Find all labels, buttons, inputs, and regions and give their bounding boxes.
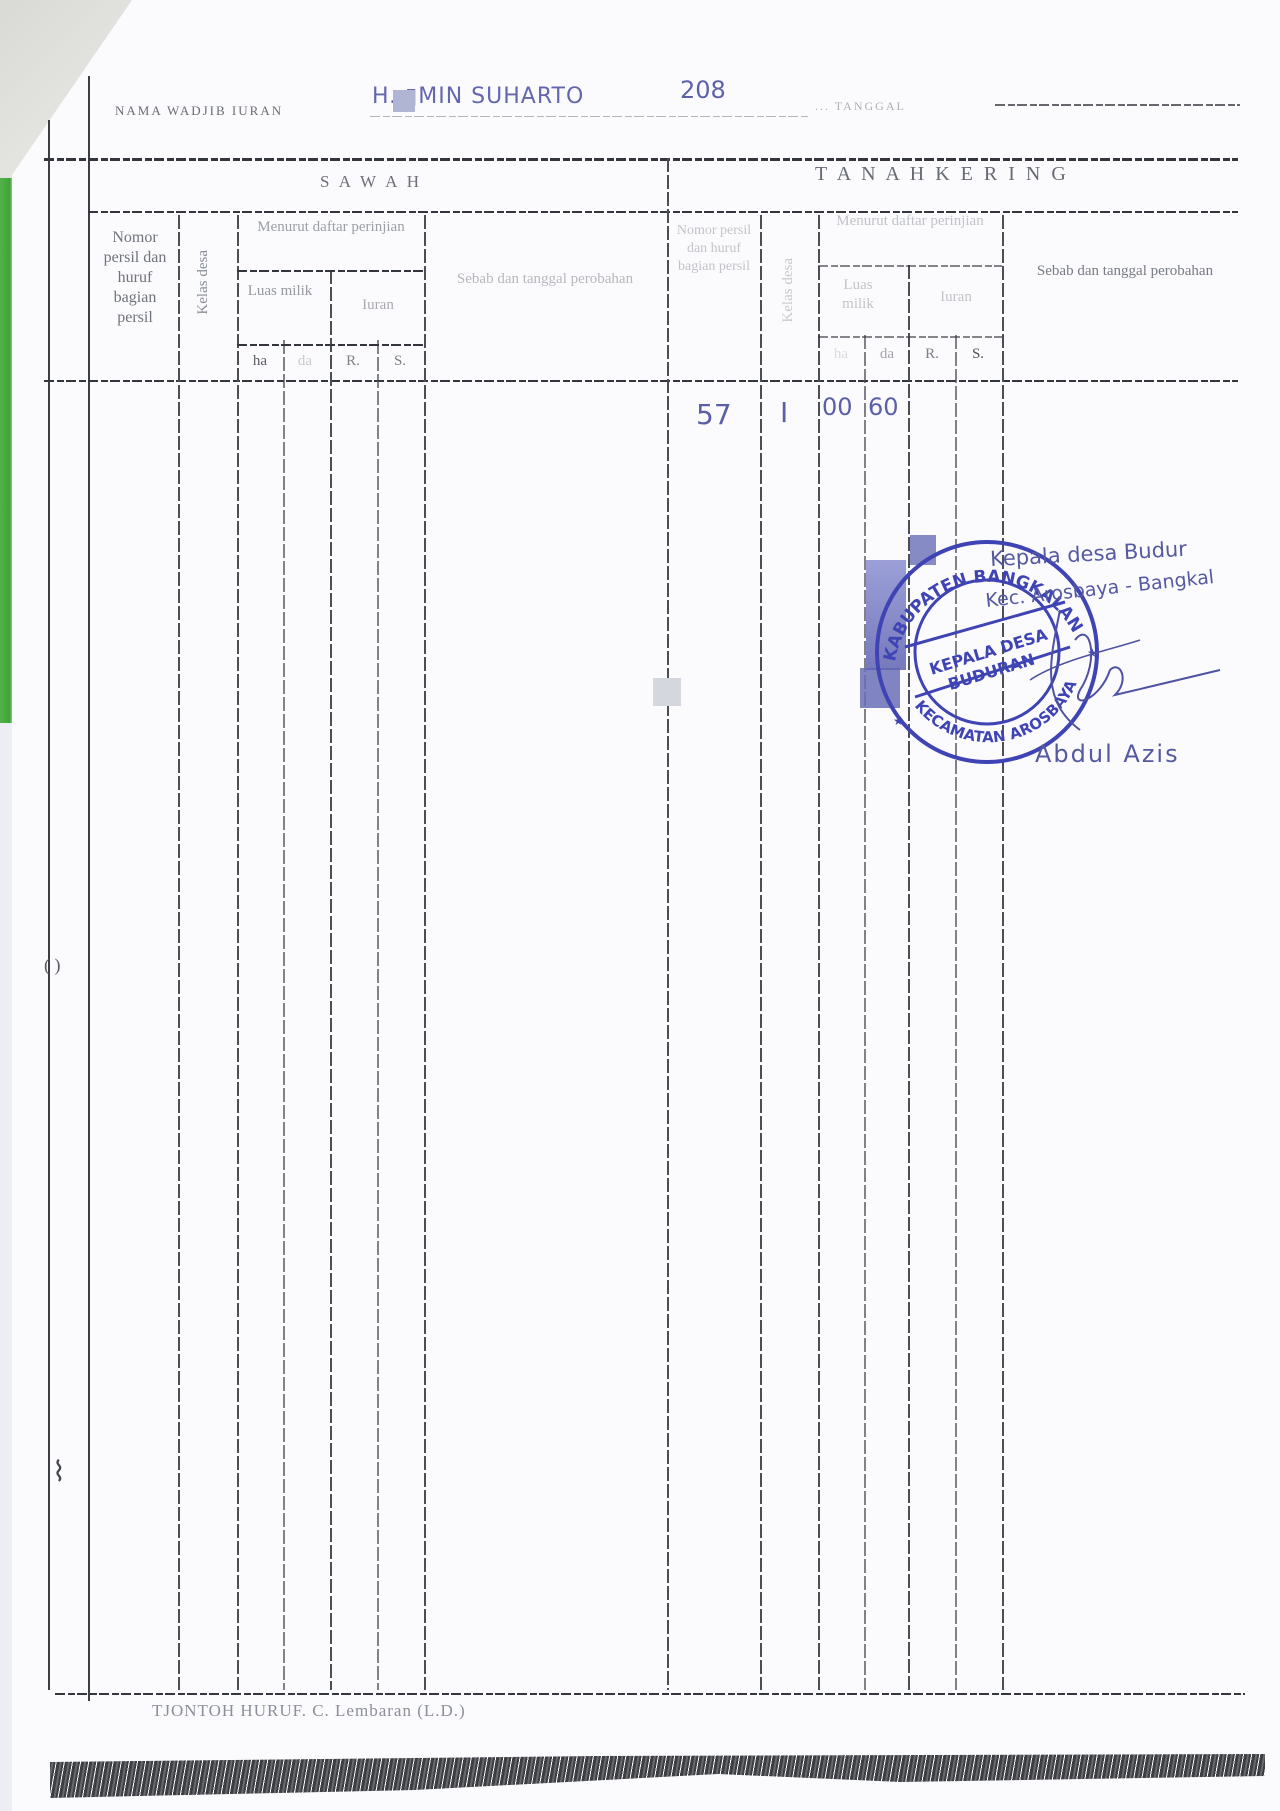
sawah-col-menurut-daftar: Menurut daftar perinjian: [240, 218, 422, 237]
signature-scribble: [1020, 600, 1240, 740]
tk-sub-ha: ha: [820, 345, 862, 364]
tk-col-sebab: Sebab dan tanggal perobahan: [1020, 262, 1230, 281]
tk-col-iuran: Iuran: [912, 288, 1000, 307]
owner-number: 208: [680, 76, 726, 104]
sawah-col-nomor-persil: Nomor persil dan huruf bagian persil: [96, 228, 174, 328]
tk-sub-da: da: [866, 345, 908, 364]
table-top-line: [44, 158, 1238, 161]
tk-row-da: 60: [868, 393, 899, 421]
redaction-block: [653, 678, 681, 706]
col-line: [237, 215, 239, 1690]
col-line: [818, 215, 820, 1690]
tk-row-nomor-persil: 57: [696, 398, 732, 431]
tk-sub-r: R.: [911, 345, 953, 364]
tk-row-kelas: I: [780, 396, 788, 429]
inner-left-border: [88, 76, 90, 1701]
redaction-block: [393, 90, 415, 112]
green-folder-strip: [0, 178, 14, 723]
form-code: TJONTOH HURUF. C. Lembaran (L.D.): [152, 1701, 466, 1721]
tk-col-nomor-persil: Nomor persil dan huruf bagian persil: [672, 222, 756, 276]
sawah-sub-s: S.: [379, 352, 421, 371]
sawah-subhdr-line: [237, 270, 424, 272]
col-line: [760, 215, 762, 1690]
tk-col-kelas-desa: Kelas desa: [780, 258, 797, 323]
section-title-tanah-kering: T A N A H K E R I N G: [815, 163, 1069, 186]
outer-left-border: [48, 120, 50, 1690]
sawah-col-kelas-desa: Kelas desa: [195, 250, 212, 315]
tk-col-menurut-daftar: Menurut daftar perinjian: [820, 212, 1000, 231]
header-right-label: ... TANGGAL: [815, 99, 906, 114]
signature-name: Abdul Azis: [1035, 740, 1180, 768]
stray-mark: ( ): [44, 955, 61, 976]
sawah-col-luas-milik: Luas milik: [245, 282, 315, 301]
tk-row-ha: 00: [822, 393, 853, 421]
sawah-col-sebab: Sebab dan tanggal perobahan: [440, 270, 650, 289]
sawah-subhdr-line: [237, 344, 424, 346]
col-line: [908, 265, 910, 1690]
svg-text:★: ★: [893, 714, 904, 728]
tk-subhdr-line: [818, 336, 1002, 338]
col-line: [283, 340, 285, 1690]
stray-mark: ⌇: [52, 1455, 66, 1489]
tk-sub-s: S.: [957, 345, 999, 364]
col-line: [667, 158, 669, 1690]
col-line: [424, 215, 426, 1690]
header-bottom-line: [44, 380, 1238, 382]
sawah-sub-da: da: [285, 352, 325, 371]
sawah-sub-r: R.: [332, 352, 374, 371]
sawah-col-iuran: Iuran: [333, 296, 423, 315]
owner-label: NAMA WADJIB IURAN: [115, 103, 283, 119]
section-title-sawah: S A W A H: [320, 172, 422, 192]
col-line: [330, 270, 332, 1690]
sawah-sub-ha: ha: [240, 352, 280, 371]
col-line: [1002, 215, 1004, 1690]
table-bottom-line: [55, 1693, 1245, 1695]
col-line: [178, 215, 180, 1690]
header-right-underline: [995, 104, 1240, 106]
owner-underline: [370, 116, 810, 117]
col-line: [377, 340, 379, 1690]
section-divider-line: [88, 211, 1238, 213]
tk-subhdr-line: [818, 265, 1002, 267]
tk-col-luas-milik: Luas milik: [828, 276, 888, 314]
